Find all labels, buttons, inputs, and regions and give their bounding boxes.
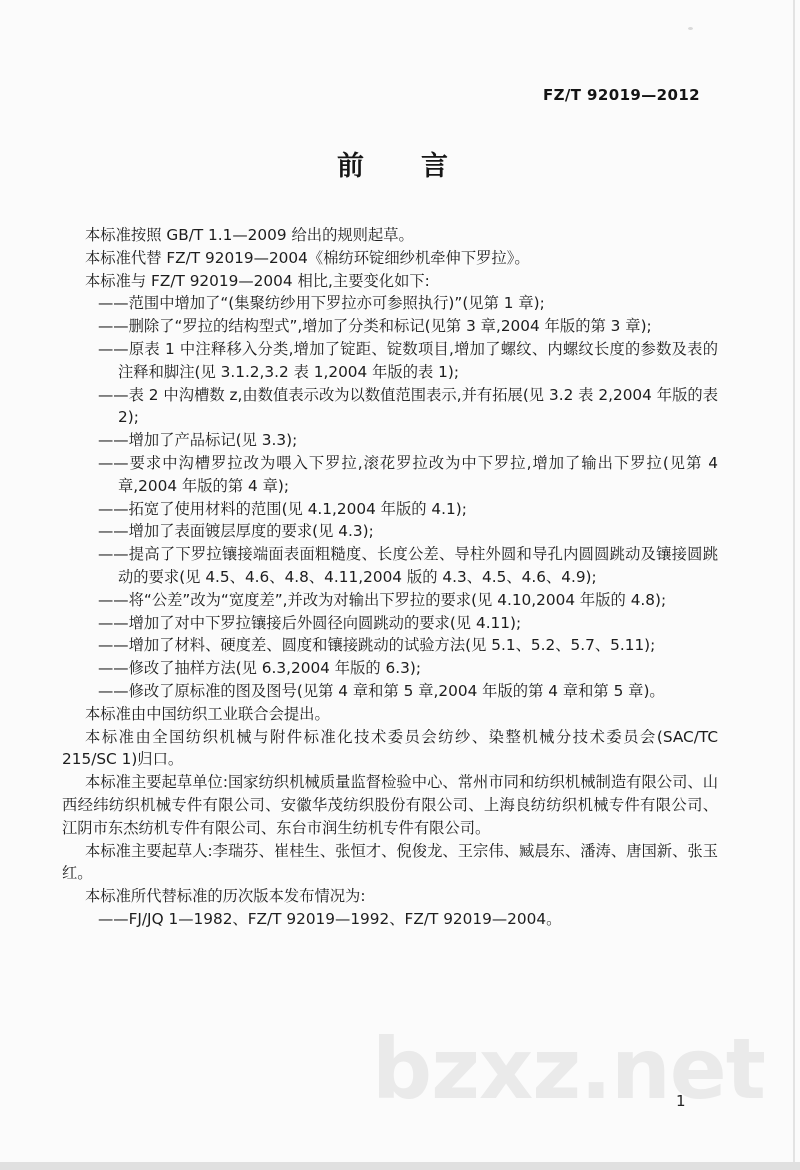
page-title: 前 言	[0, 144, 786, 183]
foreword-paragraph: ——增加了材料、硬度差、圆度和镶接跳动的试验方法(见 5.1、5.2、5.7、5…	[62, 634, 718, 657]
scan-speck	[688, 27, 693, 30]
foreword-paragraph: ——增加了产品标记(见 3.3);	[62, 429, 718, 452]
document-page: FZ/T 92019—2012 前 言 本标准按照 GB/T 1.1—2009 …	[0, 0, 800, 1170]
page-number: 1	[676, 1092, 686, 1110]
foreword-paragraph: 本标准主要起草人:李瑞芬、崔桂生、张恒才、倪俊龙、王宗伟、臧晨东、潘涛、唐国新、…	[62, 840, 718, 886]
foreword-paragraph: ——将“公差”改为“宽度差”,并改为对输出下罗拉的要求(见 4.10,2004 …	[62, 589, 718, 612]
foreword-paragraph: ——修改了抽样方法(见 6.3,2004 年版的 6.3);	[62, 657, 718, 680]
foreword-paragraph: ——要求中沟槽罗拉改为喂入下罗拉,滚花罗拉改为中下罗拉,增加了输出下罗拉(见第 …	[62, 452, 718, 498]
foreword-paragraph: ——修改了原标准的图及图号(见第 4 章和第 5 章,2004 年版的第 4 章…	[62, 680, 718, 703]
scan-edge-right	[793, 0, 795, 1170]
foreword-paragraph: ——拓宽了使用材料的范围(见 4.1,2004 年版的 4.1);	[62, 498, 718, 521]
foreword-body: 本标准按照 GB/T 1.1—2009 给出的规则起草。本标准代替 FZ/T 9…	[62, 224, 718, 931]
foreword-paragraph: ——FJ/JQ 1—1982、FZ/T 92019—1992、FZ/T 9201…	[62, 908, 718, 931]
foreword-paragraph: ——增加了对中下罗拉镶接后外圆径向圆跳动的要求(见 4.11);	[62, 612, 718, 635]
foreword-paragraph: ——表 2 中沟槽数 z,由数值表示改为以数值范围表示,并有拓展(见 3.2 表…	[62, 384, 718, 430]
foreword-paragraph: 本标准由中国纺织工业联合会提出。	[62, 703, 718, 726]
foreword-paragraph: 本标准由全国纺织机械与附件标准化技术委员会纺纱、染整机械分技术委员会(SAC/T…	[62, 726, 718, 772]
foreword-paragraph: ——增加了表面镀层厚度的要求(见 4.3);	[62, 520, 718, 543]
foreword-paragraph: ——提高了下罗拉镶接端面表面粗糙度、长度公差、导柱外圆和导孔内圆圆跳动及镶接圆跳…	[62, 543, 718, 589]
foreword-paragraph: 本标准按照 GB/T 1.1—2009 给出的规则起草。	[62, 224, 718, 247]
foreword-paragraph: ——范围中增加了“(集聚纺纱用下罗拉亦可参照执行)”(见第 1 章);	[62, 292, 718, 315]
foreword-paragraph: 本标准所代替标准的历次版本发布情况为:	[62, 885, 718, 908]
foreword-paragraph: ——原表 1 中注释移入分类,增加了锭距、锭数项目,增加了螺纹、内螺纹长度的参数…	[62, 338, 718, 384]
watermark-text: bzxz.net	[372, 1020, 765, 1118]
foreword-paragraph: ——删除了“罗拉的结构型式”,增加了分类和标记(见第 3 章,2004 年版的第…	[62, 315, 718, 338]
foreword-paragraph: 本标准主要起草单位:国家纺织机械质量监督检验中心、常州市同和纺织机械制造有限公司…	[62, 771, 718, 839]
foreword-paragraph: 本标准代替 FZ/T 92019—2004《棉纺环锭细纱机牵伸下罗拉》。	[62, 247, 718, 270]
scan-edge-bottom	[0, 1162, 800, 1170]
standard-number: FZ/T 92019—2012	[543, 86, 700, 104]
foreword-paragraph: 本标准与 FZ/T 92019—2004 相比,主要变化如下:	[62, 270, 718, 293]
